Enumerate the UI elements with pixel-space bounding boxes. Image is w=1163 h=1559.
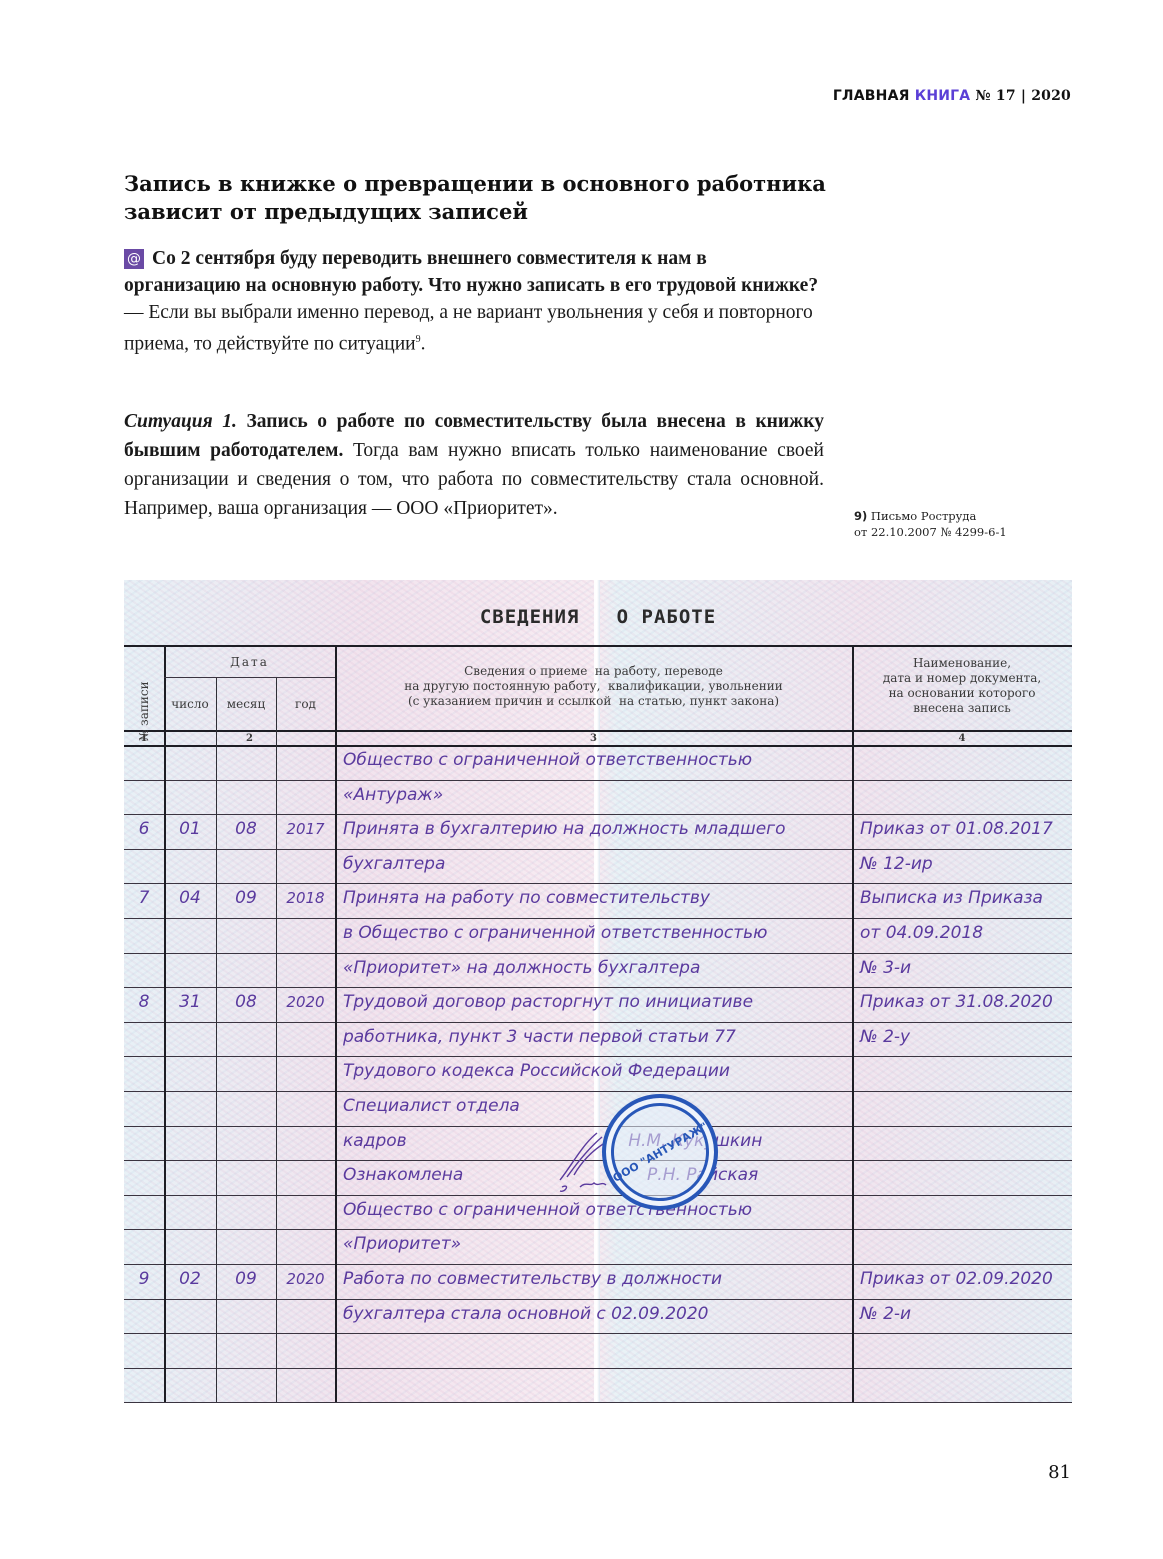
table-rule (124, 1229, 1072, 1230)
row-document: № 2-и (860, 1297, 911, 1331)
header-document: Наименование, дата и номер документа, на… (852, 656, 1072, 716)
running-head: ГЛАВНАЯ КНИГА № 17 | 2020 (833, 88, 1071, 104)
header-day: число (164, 697, 216, 712)
question-text: Со 2 сентября буду переводить внешнего с… (124, 248, 818, 296)
column-number: 2 (164, 731, 335, 746)
column-number: 1 (124, 731, 164, 746)
row-info: Принята на работу по совместительству (343, 881, 710, 915)
situation-paragraph: Ситуация 1. Запись о работе по совместит… (124, 407, 824, 523)
row-year: 2018 (276, 881, 335, 915)
book-section-title: СВЕДЕНИЯ О РАБОТЕ (124, 606, 1072, 628)
table-rule (124, 780, 1072, 781)
row-day: 31 (164, 985, 216, 1019)
seal-text: ООО "АНТУРАЖ" (610, 1120, 709, 1185)
row-info: «Приоритет» на должность бухгалтера (343, 951, 700, 985)
table-rule (124, 1368, 1072, 1369)
row-document: № 2-у (860, 1020, 910, 1054)
row-document: № 3-и (860, 951, 911, 985)
row-info: Общество с ограниченной ответственностью (343, 743, 752, 777)
footnote-line2: от 22.10.2007 № 4299-6-1 (854, 525, 1007, 539)
page-number: 81 (1048, 1462, 1071, 1483)
answer-text: — Если вы выбрали именно перевод, а не в… (124, 302, 813, 355)
header-month: месяц (216, 697, 276, 712)
row-document: Приказ от 01.08.2017 (860, 812, 1053, 846)
article-title: Запись в книжке о превращении в основног… (124, 170, 844, 226)
row-info: бухгалтера стала основной с 02.09.2020 (343, 1297, 708, 1331)
row-info: в Общество с ограниченной ответственност… (343, 916, 768, 950)
row-month: 09 (216, 881, 276, 915)
row-document: Приказ от 31.08.2020 (860, 985, 1053, 1019)
column-number: 4 (852, 731, 1072, 746)
table-rule (124, 1402, 1072, 1403)
row-info: Специалист отдела (343, 1089, 520, 1123)
row-month: 09 (216, 1262, 276, 1296)
issue-number: № 17 | 2020 (975, 88, 1071, 104)
table-rule (852, 645, 854, 1402)
answer: — Если вы выбрали именно перевод, а не в… (124, 299, 824, 358)
row-info: Трудовой договор расторгнут по инициатив… (343, 985, 753, 1019)
row-record-number: 8 (124, 985, 164, 1019)
row-year: 2017 (276, 812, 335, 846)
row-info: Работа по совместительству в должности (343, 1262, 722, 1296)
row-document: Приказ от 02.09.2020 (860, 1262, 1053, 1296)
header-date: Дата (164, 655, 335, 670)
table-rule (124, 645, 1072, 647)
footnote: 9) Письмо Роструда от 22.10.2007 № 4299-… (854, 508, 1007, 540)
table-rule (335, 645, 337, 1402)
row-day: 01 (164, 812, 216, 846)
table-rule (164, 677, 335, 678)
row-month: 08 (216, 985, 276, 1019)
row-document: № 12-ир (860, 847, 933, 881)
work-record-book-scan: СВЕДЕНИЯ О РАБОТЕ № записиДатачисломесяц… (124, 580, 1072, 1402)
magazine-name-part1: ГЛАВНАЯ (833, 88, 910, 104)
question-answer: @Со 2 сентября буду переводить внешнего … (124, 245, 824, 358)
row-year: 2020 (276, 1262, 335, 1296)
row-month: 08 (216, 812, 276, 846)
situation-label: Ситуация 1. (124, 411, 237, 432)
question: @Со 2 сентября буду переводить внешнего … (124, 245, 824, 299)
row-info: «Антураж» (343, 778, 443, 812)
row-document: Выписка из Приказа (860, 881, 1043, 915)
row-record-number: 6 (124, 812, 164, 846)
row-info: Трудового кодекса Российской Федерации (343, 1054, 730, 1088)
header-record-number: № записи (137, 657, 151, 741)
row-info: бухгалтера (343, 847, 445, 881)
row-record-number: 9 (124, 1262, 164, 1296)
footnote-line1: Письмо Роструда (871, 509, 976, 523)
row-info: работника, пункт 3 части первой статьи 7… (343, 1020, 736, 1054)
row-info: «Приоритет» (343, 1227, 461, 1261)
table-rule (124, 1091, 1072, 1092)
row-day: 04 (164, 881, 216, 915)
magazine-name-part2: КНИГА (915, 88, 971, 104)
answer-end: . (421, 334, 426, 355)
header-info: Сведения о приеме на работу, переводе на… (335, 664, 852, 709)
email-at-icon: @ (124, 249, 144, 269)
header-year: год (276, 697, 335, 712)
row-document: от 04.09.2018 (860, 916, 983, 950)
row-info: Принята в бухгалтерию на должность младш… (343, 812, 786, 846)
footnote-number: 9) (854, 509, 867, 523)
row-year: 2020 (276, 985, 335, 1019)
row-record-number: 7 (124, 881, 164, 915)
row-day: 02 (164, 1262, 216, 1296)
table-rule (124, 1333, 1072, 1334)
